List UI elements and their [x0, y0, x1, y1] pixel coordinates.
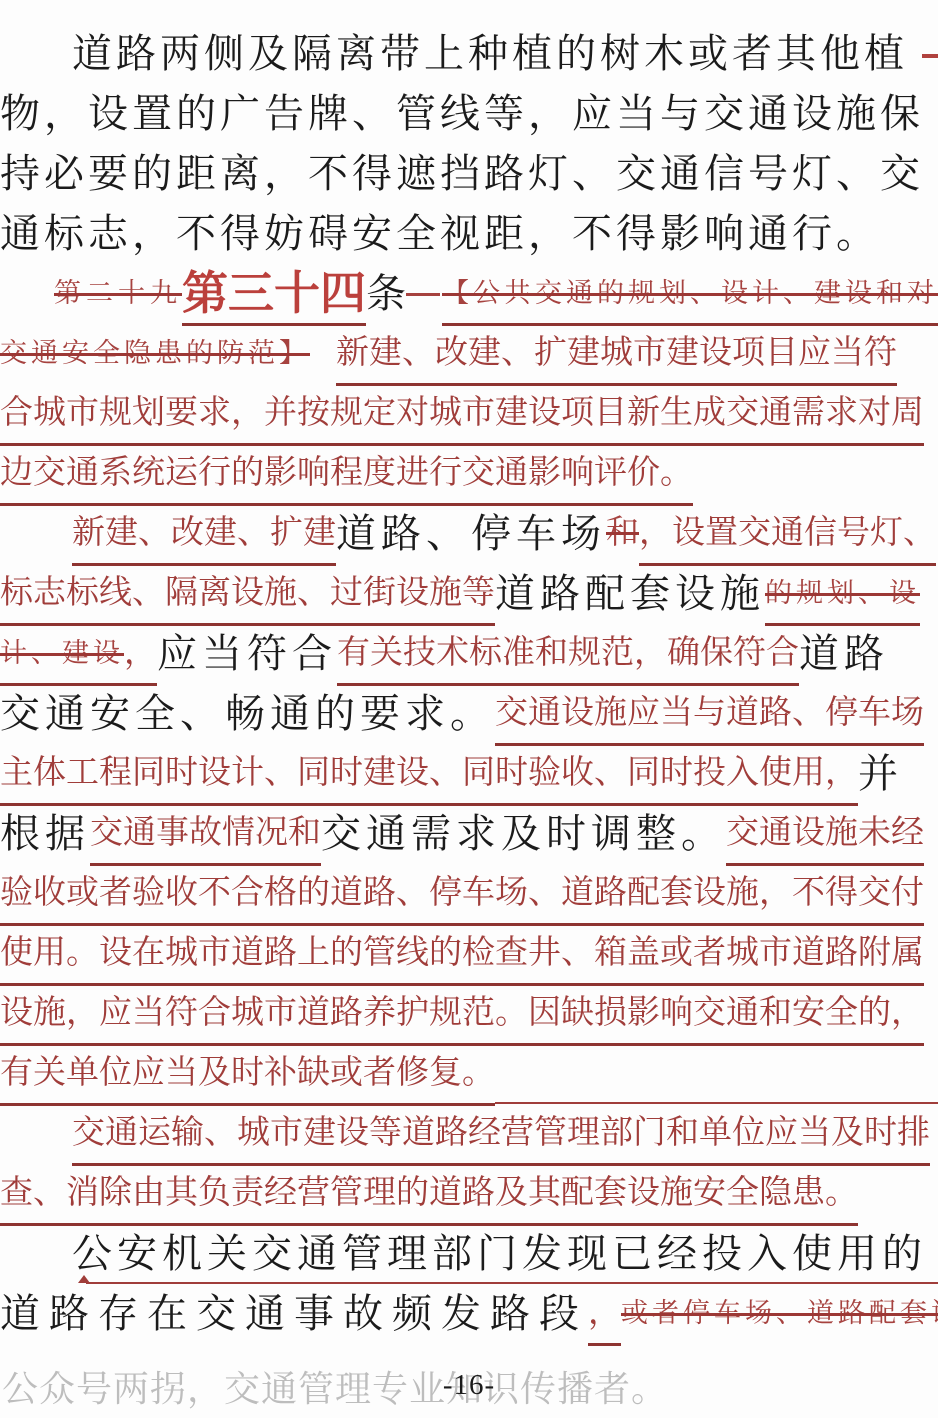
text-segment-deleted-underlined: 的规划、设: [765, 566, 920, 626]
text-segment-inserted: 有关技术标准和规范，确保符合: [337, 626, 799, 686]
text-line: 物，设置的广告牌、管线等，应当与交通设施保: [0, 86, 938, 146]
text-segment-unchanged: 物，设置的广告牌、管线等，应当与交通设施保: [0, 86, 924, 143]
text-line: 道路存在交通事故频发路段，或者停车场、道路配套设: [0, 1286, 938, 1346]
text-line: 使用。设在城市道路上的管线的检查井、箱盖或者城市道路附属: [0, 926, 938, 986]
text-segment-unchanged: 公安机关交通管理部门发现已经投入使用的: [72, 1226, 927, 1283]
text-segment-unchanged: 道路: [799, 626, 889, 683]
text-segment-unchanged: 应当符合: [157, 626, 337, 683]
text-segment-inserted: 边交通系统运行的影响程度进行交通影响评价。: [0, 446, 693, 506]
text-segment-deleted-underlined: 【公共交通的规划、设计、建设和对: [442, 266, 938, 326]
footer-watermark: 公众号两拐，交通管理专业知识传播者。: [2, 1361, 668, 1412]
text-line: 根据交通事故情况和交通需求及时调整。交通设施未经: [0, 806, 938, 866]
text-segment-deleted: 第二十九: [54, 266, 182, 323]
text-segment-inserted: 交通运输、城市建设等道路经营管理部门和单位应当及时排: [72, 1106, 930, 1166]
text-segment-inserted: 使用。设在城市道路上的管线的检查井、箱盖或者城市道路附属: [0, 926, 924, 986]
text-segment-fill-thin: [495, 1046, 938, 1104]
text-segment-unchanged: 根据: [0, 806, 90, 863]
text-segment-gap: [310, 326, 336, 383]
text-segment-inserted: 合城市规划要求，并按规定对城市建设项目新生成交通需求对周: [0, 386, 924, 446]
text-line: 边交通系统运行的影响程度进行交通影响评价。: [0, 446, 938, 506]
text-line: 公安机关交通管理部门发现已经投入使用的: [0, 1226, 938, 1286]
text-segment-inserted: 验收或者验收不合格的道路、停车场、道路配套设施，不得交付: [0, 866, 924, 926]
text-line: 计、建设，应当符合有关技术标准和规范，确保符合道路: [0, 626, 938, 686]
text-segment-unchanged: 并: [858, 746, 903, 803]
text-segment-deleted: 交通安全隐患的防范】: [0, 326, 310, 383]
text-segment-inserted: 有关单位应当及时补缺或者修复。: [0, 1046, 495, 1106]
text-segment-unchanged: 条: [366, 266, 406, 323]
text-segment-inserted: ，设置交通信号灯、: [639, 506, 936, 566]
text-segment-unchanged: 道路配套设施: [495, 566, 765, 623]
insertion-mark-line: [86, 1282, 938, 1284]
text-segment-unchanged: 交通需求及时调整。: [321, 806, 726, 863]
text-line: 合城市规划要求，并按规定对城市建设项目新生成交通需求对周: [0, 386, 938, 446]
text-segment-inserted: 交通事故情况和: [90, 806, 321, 866]
text-line: 交通安全、畅通的要求。交通设施应当与道路、停车场: [0, 686, 938, 746]
text-segment-inserted: 设施，应当符合城市道路养护规范。因缺损影响交通和安全的，: [0, 986, 924, 1046]
text-segment-inserted: 标志标线、隔离设施、过街设施等: [0, 566, 495, 626]
text-segment-unchanged: 交通安全、畅通的要求。: [0, 686, 495, 743]
text-line: 主体工程同时设计、同时建设、同时验收、同时投入使用，并: [0, 746, 938, 806]
document-body: 道路两侧及隔离带上种植的树木或者其他植物，设置的广告牌、管线等，应当与交通设施保…: [0, 26, 938, 1346]
text-segment-unchanged: 道路存在交通事故频发路段: [0, 1286, 588, 1343]
text-segment-unchanged: 道路两侧及隔离带上种植的树木或者其他植: [72, 26, 908, 83]
text-line: 有关单位应当及时补缺或者修复。: [0, 1046, 938, 1106]
text-line: 持必要的距离，不得遮挡路灯、交通信号灯、交: [0, 146, 938, 206]
document-page: 道路两侧及隔离带上种植的树木或者其他植物，设置的广告牌、管线等，应当与交通设施保…: [0, 0, 938, 1418]
text-line: 交通安全隐患的防范】新建、改建、扩建城市建设项目应当符: [0, 326, 938, 386]
text-segment-deleted: 和: [606, 506, 639, 563]
text-segment-inserted-heading: 第三十四: [182, 266, 366, 326]
text-line: 道路两侧及隔离带上种植的树木或者其他植: [0, 26, 938, 86]
text-segment-deleted-underlined: 计、建设: [0, 626, 124, 686]
text-line: 查、消除由其负责经营管理的道路及其配套设施安全隐患。: [0, 1166, 938, 1226]
text-segment-unchanged: 持必要的距离，不得遮挡路灯、交通信号灯、交: [0, 146, 924, 203]
text-line: 通标志，不得妨碍安全视距，不得影响通行。: [0, 206, 938, 266]
text-segment-inserted: 交通设施未经: [726, 806, 924, 866]
text-line: 交通运输、城市建设等道路经营管理部门和单位应当及时排: [0, 1106, 938, 1166]
text-line: 标志标线、隔离设施、过街设施等道路配套设施的规划、设: [0, 566, 938, 626]
text-segment-inserted: 新建、改建、扩建: [72, 506, 336, 566]
text-segment-inserted: ，: [124, 626, 157, 686]
page-number: -16-: [443, 1369, 495, 1402]
page-footer: 公众号两拐，交通管理专业知识传播者。 -16-: [0, 1360, 938, 1418]
text-line: 第二十九第三十四条【公共交通的规划、设计、建设和对: [0, 266, 938, 326]
text-segment-strike-dash: [406, 266, 442, 323]
text-segment-inserted: 查、消除由其负责经营管理的道路及其配套设施安全隐患。: [0, 1166, 858, 1226]
text-line: 新建、改建、扩建道路、停车场和，设置交通信号灯、: [0, 506, 938, 566]
text-segment-inserted: 主体工程同时设计、同时建设、同时验收、同时投入使用，: [0, 746, 858, 806]
text-line: 设施，应当符合城市道路养护规范。因缺损影响交通和安全的，: [0, 986, 938, 1046]
text-segment-inserted: 交通设施应当与道路、停车场: [495, 686, 924, 746]
text-segment-unchanged: 道路、停车场: [336, 506, 606, 563]
text-line: 验收或者验收不合格的道路、停车场、道路配套设施，不得交付: [0, 866, 938, 926]
text-segment-deleted: 或者停车场、道路配套设: [621, 1286, 938, 1343]
text-segment-inserted: ，: [588, 1286, 621, 1346]
text-segment-unchanged: 通标志，不得妨碍安全视距，不得影响通行。: [0, 206, 880, 263]
text-segment-edge-mark: [922, 54, 938, 58]
text-segment-inserted: 新建、改建、扩建城市建设项目应当符: [336, 326, 897, 386]
